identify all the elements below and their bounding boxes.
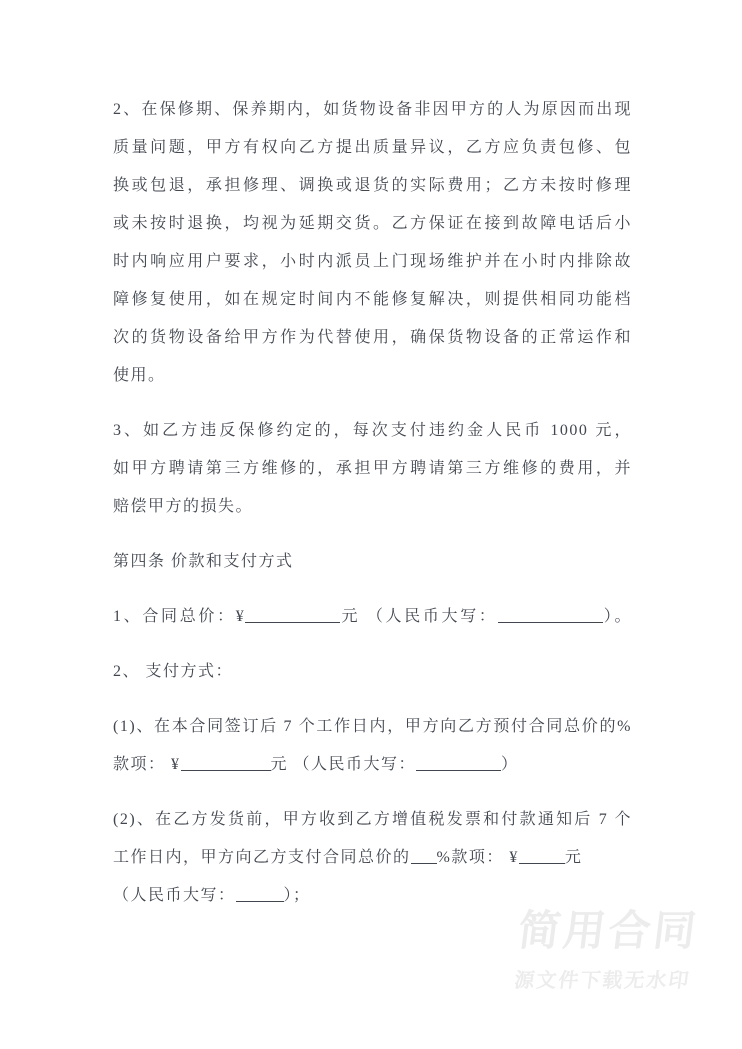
text-line: (2)、在乙方发货前，甲方收到乙方增值税发票和付款通知后 7 个 xyxy=(113,801,632,839)
text-line: 2、在保修期、保养期内，如货物设备非因甲方的人为原因而出现 xyxy=(113,91,632,129)
pay2-capital-post: ）； xyxy=(284,887,311,904)
text-line: 工作日内，甲方向乙方支付合同总价的%款项： ¥元 xyxy=(113,839,632,877)
watermark-title: 简用合同 xyxy=(516,910,701,952)
text-line: 如甲方聘请第三方维修的，承担甲方聘请第三方维修的费用，并 xyxy=(113,450,632,488)
total-price-clause: 1、合同总价：¥元 （人民币大写：）。 xyxy=(113,598,632,636)
text-line: 换或包退，承担修理、调换或退货的实际费用；乙方未按时修理 xyxy=(113,167,632,205)
pay2-amount-post: 元 xyxy=(565,849,583,866)
fill-in-blank-underline xyxy=(416,754,501,771)
fill-in-blank-underline xyxy=(245,606,340,623)
clause-2-warranty-paragraph: 2、在保修期、保养期内，如货物设备非因甲方的人为原因而出现 质量问题，甲方有权向… xyxy=(113,91,632,395)
pay1-amount-mid: 元 （人民币大写： xyxy=(271,756,417,773)
contract-page: 2、在保修期、保养期内，如货物设备非因甲方的人为原因而出现 质量问题，甲方有权向… xyxy=(0,0,742,1049)
clause-3-breach-paragraph: 3、如乙方违反保修约定的，每次支付违约金人民币 1000 元， 如甲方聘请第三方… xyxy=(113,412,632,526)
watermark-subtitle: 源文件下载无水印 xyxy=(511,964,695,993)
text-line: 款项： ¥元 （人民币大写：） xyxy=(113,746,632,784)
pay2-percent-pre: 工作日内，甲方向乙方支付合同总价的 xyxy=(113,849,411,866)
text-line: 1、合同总价：¥元 （人民币大写：）。 xyxy=(113,598,632,636)
text-line: 时内响应用户要求，小时内派员上门现场维护并在小时内排除故 xyxy=(113,243,632,281)
text-line: 质量问题，甲方有权向乙方提出质量异议，乙方应负责包修、包 xyxy=(113,129,632,167)
fill-in-blank-underline xyxy=(236,885,284,902)
text-line: 障修复使用，如在规定时间内不能修复解决，则提供相同功能档 xyxy=(113,281,632,319)
fill-in-blank-underline xyxy=(519,847,565,864)
payment-term-2: (2)、在乙方发货前，甲方收到乙方增值税发票和付款通知后 7 个 工作日内，甲方… xyxy=(113,801,632,915)
pay2-capital-pre: （人民币大写： xyxy=(113,887,236,904)
text-line: (1)、在本合同签订后 7 个工作日内，甲方向乙方预付合同总价的% xyxy=(113,708,632,746)
text-line: 赔偿甲方的损失。 xyxy=(113,488,632,526)
payment-term-1: (1)、在本合同签订后 7 个工作日内，甲方向乙方预付合同总价的% 款项： ¥元… xyxy=(113,708,632,784)
text-line: 2、 支付方式： xyxy=(113,653,632,691)
pay1-amount-pre: 款项： ¥ xyxy=(113,756,181,773)
total-price-post: ）。 xyxy=(603,608,632,625)
text-line: 使用。 xyxy=(113,357,632,395)
fill-in-blank-underline xyxy=(498,606,603,623)
article-4-heading: 第四条 价款和支付方式 xyxy=(113,543,632,581)
text-line: 或未按时退换，均视为延期交货。乙方保证在接到故障电话后小 xyxy=(113,205,632,243)
site-watermark-logo: 简用合同 源文件下载无水印 xyxy=(511,910,701,993)
text-line: 次的货物设备给甲方作为代替使用，确保货物设备的正常运作和 xyxy=(113,319,632,357)
pay2-amount-mid: %款项： ¥ xyxy=(437,849,519,866)
contract-body: 2、在保修期、保养期内，如货物设备非因甲方的人为原因而出现 质量问题，甲方有权向… xyxy=(113,91,632,932)
text-line: 3、如乙方违反保修约定的，每次支付违约金人民币 1000 元， xyxy=(113,412,632,450)
payment-method-label: 2、 支付方式： xyxy=(113,653,632,691)
fill-in-blank-underline xyxy=(411,847,437,864)
total-price-pre: 1、合同总价：¥ xyxy=(113,608,245,625)
pay1-amount-post: ） xyxy=(501,756,519,773)
total-price-mid: 元 （人民币大写： xyxy=(340,608,497,625)
fill-in-blank-underline xyxy=(181,754,271,771)
section-heading: 第四条 价款和支付方式 xyxy=(113,543,632,581)
